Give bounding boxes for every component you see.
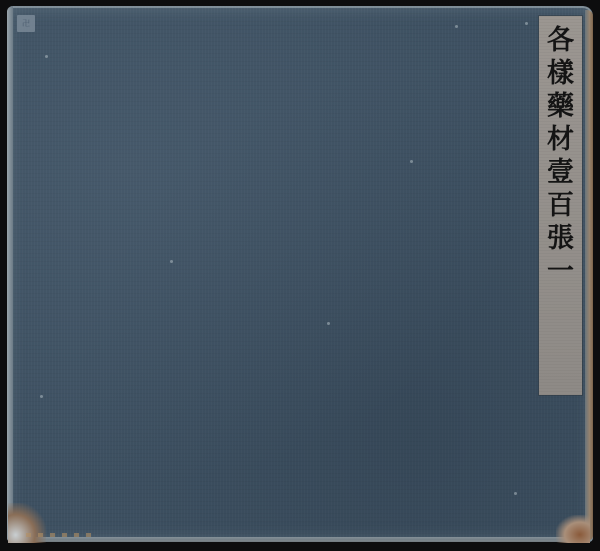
worn-corner-bottom-right <box>556 515 590 543</box>
cover-left-edge <box>7 6 13 542</box>
title-slip: 各 樣 藥 材 壹 百 張 一 <box>539 16 582 395</box>
title-char: 張 <box>547 222 574 255</box>
title-char: 各 <box>547 24 574 57</box>
cover-right-edge <box>585 10 593 540</box>
sewing-thread-marks <box>26 533 96 537</box>
worn-corner-bottom-left <box>8 503 46 543</box>
volume-number: 一 <box>547 255 574 288</box>
cover-bottom-edge <box>10 537 588 542</box>
title-char: 樣 <box>547 57 574 90</box>
book-cover <box>7 6 593 542</box>
corner-stamp: 卍 <box>17 15 35 32</box>
title-char: 藥 <box>547 90 574 123</box>
title-char: 百 <box>547 189 574 222</box>
title-char: 壹 <box>547 156 574 189</box>
title-char: 材 <box>547 123 574 156</box>
stamp-glyph: 卍 <box>22 18 30 29</box>
title-text: 各 樣 藥 材 壹 百 張 一 <box>539 24 582 288</box>
